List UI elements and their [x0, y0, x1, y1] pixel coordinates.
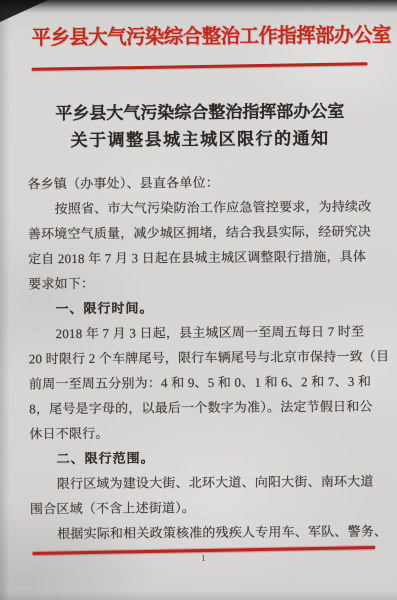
body-line: 定自 2018 年 7 月 3 日起在县城主城区调整限行措施，具体 [28, 244, 374, 272]
body-heading-2: 二、限行范围。 [30, 444, 376, 472]
body-line: 根据实际和相关政策核准的残疾人专用车、军队、警务、 [30, 519, 376, 547]
body-line: 前周一至周五分别为：4 和 9、5 和 0、1 和 6、2 和 7、3 和 [29, 369, 375, 397]
letterhead-title: 平乡县大气污染综合整治工作指挥部办公室 [31, 20, 367, 56]
photo-bottom-edge-shadow [0, 591, 397, 600]
body-line: 20 时限行 2 个车牌尾号，限行车辆尾号与北京市保持一致（目 [29, 344, 375, 372]
body-line: 要求如下： [28, 269, 374, 297]
document-photo: 平乡县大气污染综合整治工作指挥部办公室 平乡县大气污染综合整治指挥部办公室 关于… [0, 0, 397, 600]
document-title-line1: 平乡县大气污染综合整治指挥部办公室 [27, 98, 373, 128]
body-line: 2018 年 7 月 3 日起，县主城区周一至周五每日 7 时至 [29, 319, 375, 347]
document-title-line2: 关于调整县城主城区限行的通知 [27, 125, 373, 155]
body-line: 按照省、市大气污染防治工作应急管控要求，为持续改 [28, 194, 374, 222]
body-line: 限行区域为建设大街、北环大道、向阳大街、南环大道 [30, 469, 376, 497]
letterhead-rule [32, 62, 368, 71]
photo-left-edge-shadow [0, 0, 10, 600]
document-title: 平乡县大气污染综合整治指挥部办公室 关于调整县城主城区限行的通知 [27, 98, 373, 155]
body-line-salutation: 各乡镇（办事处）、县直各单位： [27, 169, 373, 197]
document-body: 各乡镇（办事处）、县直各单位： 按照省、市大气污染防治工作应急管控要求，为持续改… [27, 169, 376, 547]
body-line: 8，尾号是字母的，以最后一个数字为准）。法定节假日和公 [29, 394, 375, 422]
body-line: 休日不限行。 [29, 419, 375, 447]
body-line: 围合区域（不含上述街道）。 [30, 494, 376, 522]
body-heading-1: 一、限行时间。 [28, 294, 374, 322]
body-line: 善环境空气质量，减少城区拥堵，结合我县实际，经研究决 [28, 219, 374, 247]
document-page: 平乡县大气污染综合整治工作指挥部办公室 平乡县大气污染综合整治指挥部办公室 关于… [26, 0, 376, 564]
